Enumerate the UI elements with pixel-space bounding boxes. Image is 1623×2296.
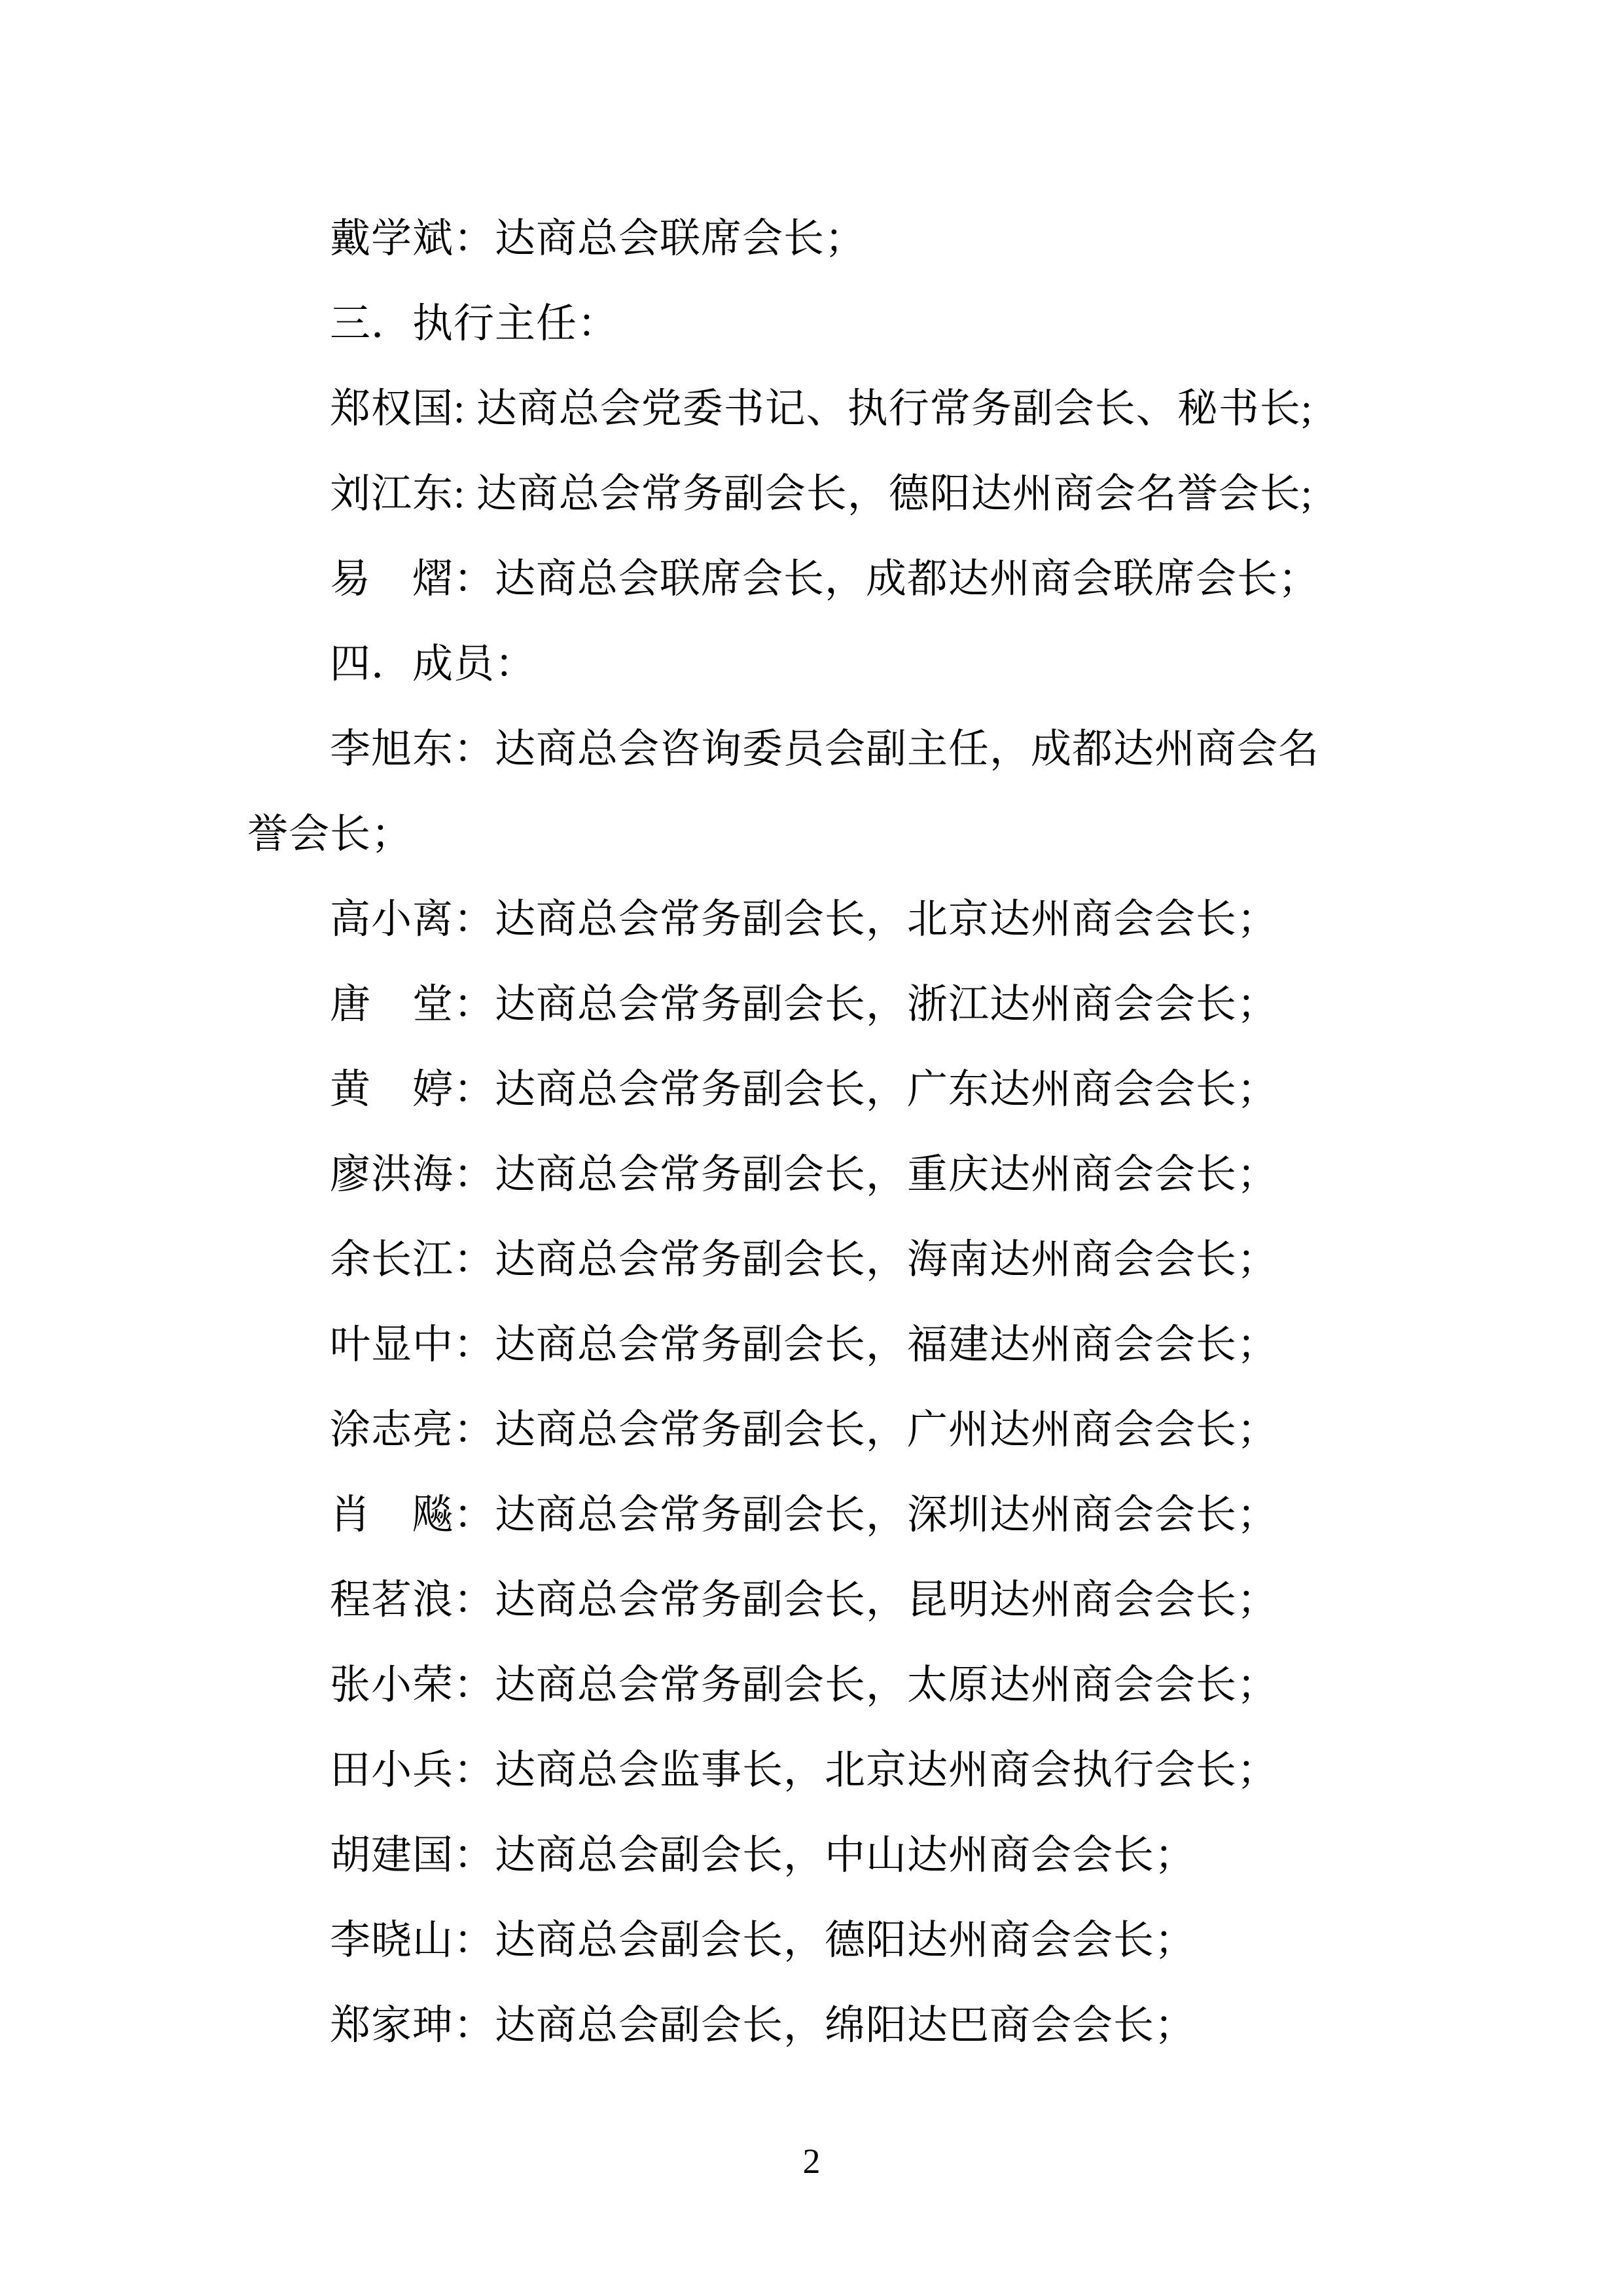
document-line: 郑权国: 达商总会党委书记、执行常务副会长、秘书长;	[247, 367, 1399, 452]
page-number: 2	[0, 2142, 1623, 2181]
document-line: 三．执行主任：	[247, 281, 1399, 367]
document-line: 刘江东: 达商总会常务副会长，德阳达州商会名誉会长;	[247, 452, 1399, 537]
document-line: 李晓山：达商总会副会长，德阳达州商会会长；	[247, 1898, 1399, 1983]
document-page: 戴学斌：达商总会联席会长； 三．执行主任： 郑权国: 达商总会党委书记、执行常务…	[0, 0, 1623, 2296]
document-line: 胡建国：达商总会副会长，中山达州商会会长；	[247, 1813, 1399, 1898]
document-line: 叶显中：达商总会常务副会长，福建达州商会会长；	[247, 1302, 1399, 1388]
document-line: 李旭东：达商总会咨询委员会副主任，成都达州商会名	[247, 707, 1399, 792]
document-body: 戴学斌：达商总会联席会长； 三．执行主任： 郑权国: 达商总会党委书记、执行常务…	[247, 196, 1399, 2068]
document-line: 田小兵：达商总会监事长，北京达州商会执行会长；	[247, 1728, 1399, 1813]
document-line: 张小荣：达商总会常务副会长，太原达州商会会长；	[247, 1643, 1399, 1728]
document-line: 郑家珅：达商总会副会长，绵阳达巴商会会长；	[247, 1983, 1399, 2068]
document-line: 易 熠：达商总会联席会长，成都达州商会联席会长；	[247, 537, 1399, 622]
document-line: 黄 婷：达商总会常务副会长，广东达州商会会长；	[247, 1047, 1399, 1132]
document-line: 唐 堂：达商总会常务副会长，浙江达州商会会长；	[247, 962, 1399, 1047]
document-line: 戴学斌：达商总会联席会长；	[247, 196, 1399, 281]
document-line: 余长江：达商总会常务副会长，海南达州商会会长；	[247, 1217, 1399, 1302]
document-line: 誉会长；	[247, 792, 1399, 877]
document-line: 肖 飚：达商总会常务副会长，深圳达州商会会长；	[247, 1473, 1399, 1558]
document-line: 四．成员：	[247, 622, 1399, 707]
document-line: 程茗浪：达商总会常务副会长，昆明达州商会会长；	[247, 1558, 1399, 1643]
document-line: 廖洪海：达商总会常务副会长，重庆达州商会会长；	[247, 1132, 1399, 1217]
document-line: 涂志亮：达商总会常务副会长，广州达州商会会长；	[247, 1388, 1399, 1473]
document-line: 高小离：达商总会常务副会长，北京达州商会会长；	[247, 877, 1399, 962]
